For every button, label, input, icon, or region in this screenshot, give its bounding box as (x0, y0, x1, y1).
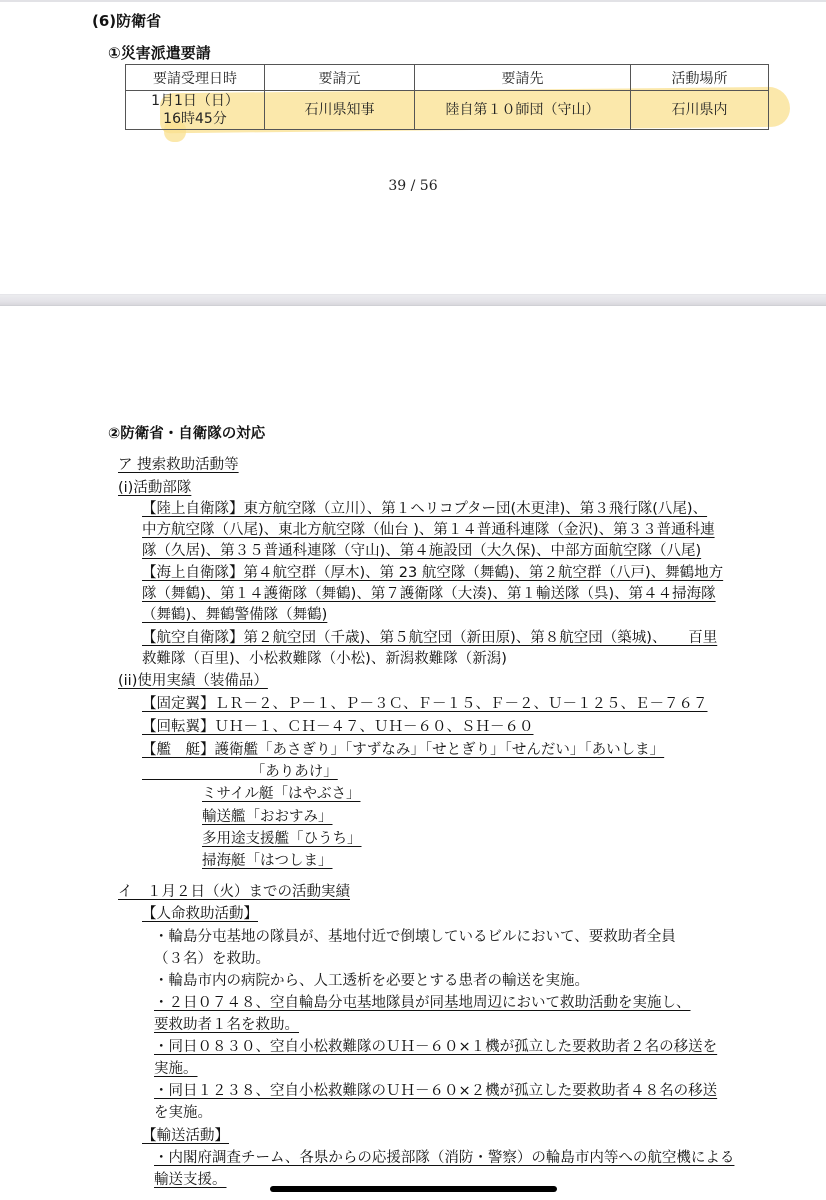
unit-line: 【陸上自衛隊】東方航空隊（立川）、第１ヘリコプター団(木更津)、第３飛行隊(八尾… (142, 499, 707, 519)
cell-datetime: 1月1日（日） 16時45分 (126, 91, 265, 130)
rescue-line: 要救助者１名を救助。 (154, 1015, 299, 1035)
transport-title: 【輸送活動】 (142, 1126, 229, 1146)
col-header-recipient: 要請先 (415, 65, 631, 91)
equipment-line: 【回転翼】ＵＨ－１、ＣＨ－４７、ＵＨ－６０、ＳＨ－６０ (142, 717, 534, 737)
unit-line: （舞鶴)、舞鶴警備隊（舞鶴) (142, 605, 327, 625)
unit-line: 中方航空隊（八尾)、東北方航空隊（仙台 )、第１４普通科連隊（金沢)、第３３普通… (142, 520, 715, 540)
home-indicator-bar[interactable] (270, 1186, 557, 1192)
rescue-title: 【人命救助活動】 (142, 904, 258, 924)
heading-mod-response: ②防衛省・自衛隊の対応 (108, 424, 265, 444)
col-header-datetime: 要請受理日時 (126, 65, 265, 91)
unit-line: 【海上自衛隊】第４航空群（厚木)、第 23 航空隊（舞鶴)、第２航空群（八戸)、… (142, 563, 723, 583)
equipment-line: 輸送艦「おおすみ」 (202, 807, 333, 827)
rescue-line: ・同日０８３０、空自小松救難隊のＵＨ－６０×１機が孤立した要救助者２名の移送を (154, 1037, 717, 1057)
rescue-line: ・２日０７４８、空自輪島分屯基地隊員が同基地周辺において救助活動を実施し、 (154, 993, 691, 1013)
section-heading: (6)防衛省 (92, 10, 161, 31)
page-number-indicator: 39 / 56 (0, 178, 826, 194)
rescue-line: （３名）を救助。 (154, 949, 270, 969)
section-b-title: イ １月２日（火）までの活動実績 (118, 882, 350, 902)
subsection-heading: ①災害派遣要請 (108, 42, 211, 63)
transport-line: 輸送支援。 (154, 1170, 227, 1190)
cell-recipient: 陸自第１０師団（守山） (415, 91, 631, 130)
document-page-40: ②防衛省・自衛隊の対応 ア 捜索救助活動等 (i)活動部隊 【陸上自衛隊】東方航… (0, 306, 826, 1200)
equipment-line: 多用途支援艦「ひうち」 (202, 829, 362, 849)
unit-line: 救難隊（百里)、小松救難隊（小松)、新潟救難隊（新潟) (142, 649, 507, 669)
cell-requester: 石川県知事 (265, 91, 415, 130)
cell-location: 石川県内 (631, 91, 769, 130)
unit-line: 隊（久居)、第３５普通科連隊（守山)、第４施設団（大久保)、中部方面航空隊（八尾… (142, 541, 701, 561)
equipment-line: 【艦 艇】護衛艦「あさぎり」「すずなみ」「せとぎり」「せんだい」「あいしま」 (142, 740, 664, 760)
dispatch-request-table: 要請受理日時 要請元 要請先 活動場所 1月1日（日） 16時45分 石川県知事… (125, 64, 769, 130)
sub-i-title: (i)活動部隊 (118, 478, 191, 498)
rescue-line: ・輪島分屯基地の隊員が、基地付近で倒壊しているビルにおいて、要救助者全員 (154, 927, 676, 947)
rescue-line: を実施。 (154, 1103, 212, 1123)
datetime-time: 16時45分 (126, 110, 264, 128)
equipment-line: 掃海艇「はつしま」 (202, 851, 333, 871)
section-a-title: ア 捜索救助活動等 (118, 455, 239, 475)
rescue-line: ・同日１２３８、空自小松救難隊のＵＨ－６０×２機が孤立した要救助者４８名の移送 (154, 1081, 717, 1101)
col-header-requester: 要請元 (265, 65, 415, 91)
unit-line: 【航空自衛隊】第２航空団（千歳)、第５航空団（新田原)、第８航空団（築城)、 百… (142, 628, 717, 648)
table-row: 1月1日（日） 16時45分 石川県知事 陸自第１０師団（守山） 石川県内 (126, 91, 769, 130)
page-separator (0, 294, 826, 306)
equipment-line: 【固定翼】ＬＲ－２、Ｐ－１、Ｐ－３Ｃ、Ｆ－１５、Ｆ－２、Ｕ－１２５、Ｅ－７６７ (142, 694, 708, 714)
transport-line: ・内閣府調査チーム、各県からの応援部隊（消防・警察）の輪島市内等への航空機による (154, 1148, 734, 1168)
col-header-location: 活動場所 (631, 65, 769, 91)
table-header-row: 要請受理日時 要請元 要請先 活動場所 (126, 65, 769, 91)
datetime-date: 1月1日（日） (126, 92, 264, 110)
equipment-line: ミサイル艇「はやぶさ」 (202, 784, 360, 804)
rescue-line: ・輪島市内の病院から、人工透析を必要とする患者の輸送を実施。 (154, 971, 589, 991)
rescue-line: 実施。 (154, 1059, 198, 1079)
unit-line: 隊（舞鶴)、第１４護衛隊（舞鶴)、第７護衛隊（大湊)、第１輸送隊（呉)、第４４掃… (142, 584, 716, 604)
sub-ii-title: (ii)使用実績（装備品） (118, 671, 268, 691)
equipment-line: 「ありあけ」 (142, 762, 338, 782)
document-page-39: (6)防衛省 ①災害派遣要請 要請受理日時 要請元 要請先 活動場所 1月1日（… (0, 2, 826, 294)
